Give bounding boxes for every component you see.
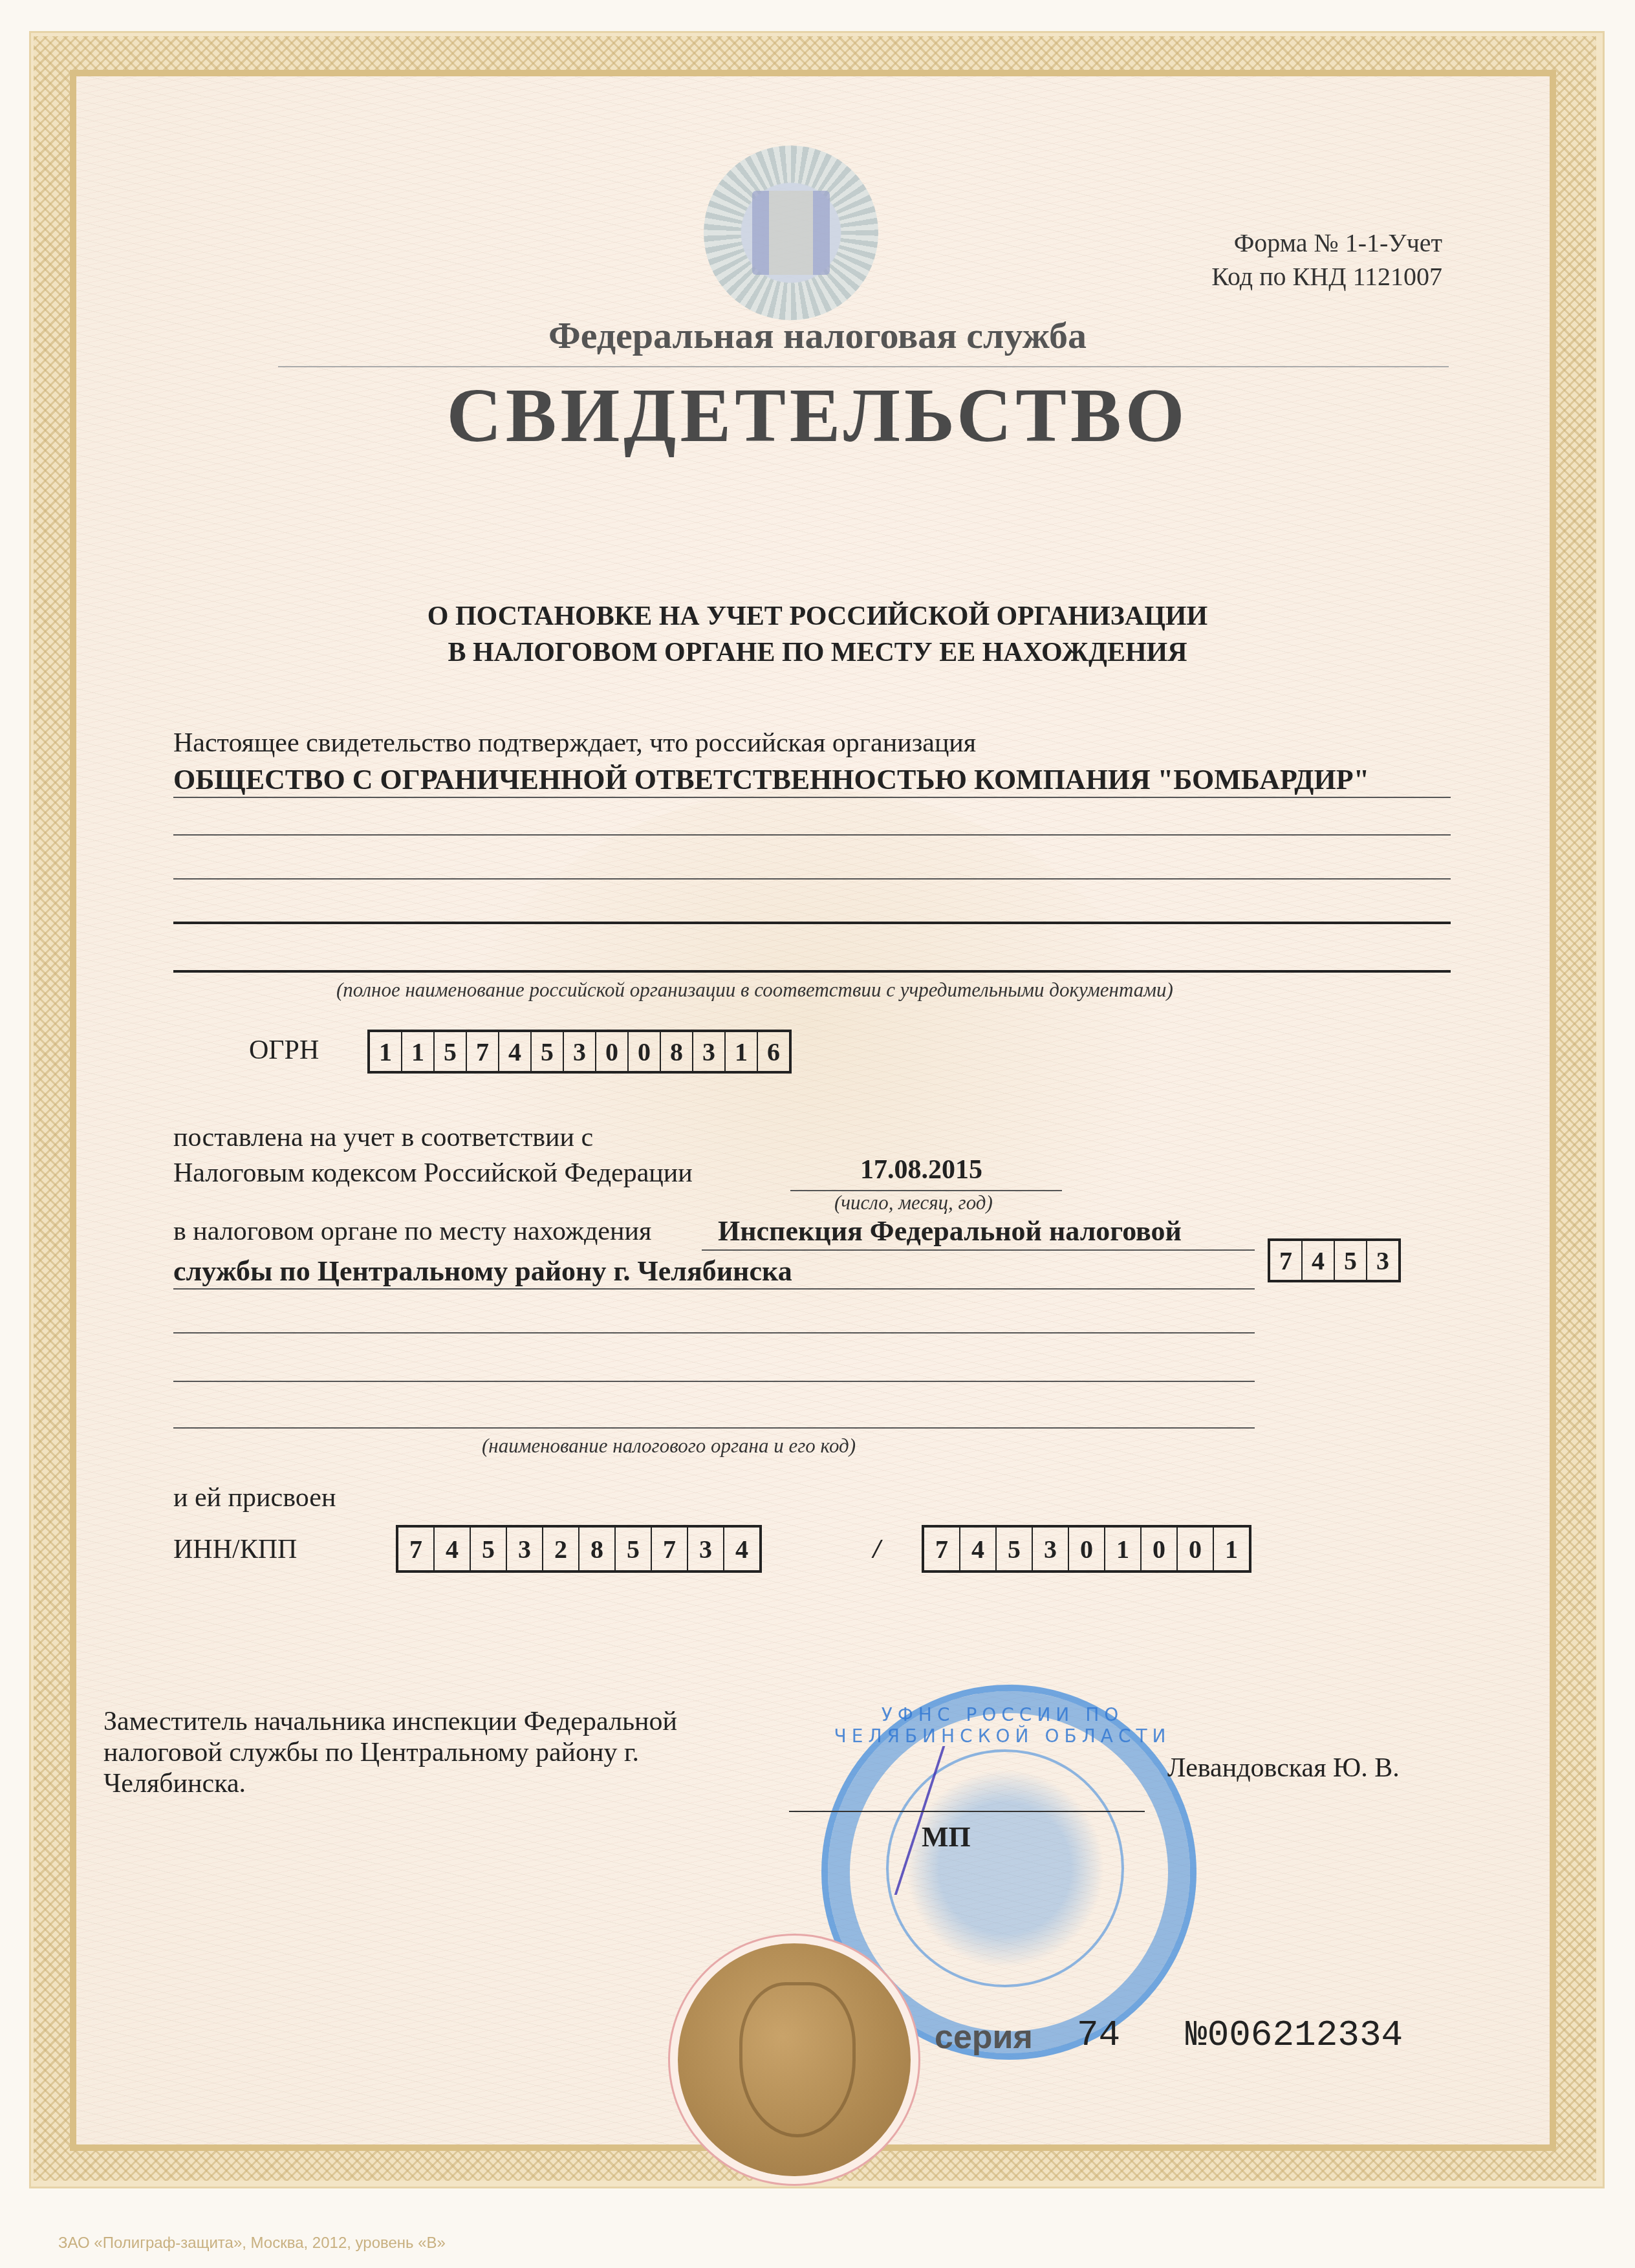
stamp-label: МП: [922, 1820, 971, 1853]
org-name-caption: (полное наименование российской организа…: [336, 978, 1173, 1002]
ogrn-digit: 3: [564, 1032, 596, 1071]
tax-code-digit: 4: [1303, 1241, 1335, 1280]
ogrn-digit: 8: [661, 1032, 693, 1071]
hologram-emblem-icon: [704, 146, 878, 320]
ogrn-digit: 0: [629, 1032, 661, 1071]
inn-digit: 2: [543, 1528, 579, 1570]
ogrn-digit: 5: [435, 1032, 467, 1071]
kpp-digit: 3: [1033, 1528, 1069, 1570]
ogrn-digit: 3: [693, 1032, 726, 1071]
tax-authority-code-boxes: 7453: [1268, 1238, 1401, 1282]
inn-digit: 3: [688, 1528, 724, 1570]
form-number: Форма № 1-1-Учет: [1184, 226, 1442, 260]
tax-authority-caption: (наименование налогового органа и его ко…: [482, 1434, 856, 1458]
kpp-digit: 0: [1178, 1528, 1214, 1570]
signatory-name: Левандовская Ю. В.: [1167, 1753, 1400, 1784]
organization-name: ОБЩЕСТВО С ОГРАНИЧЕННОЙ ОТВЕТСТВЕННОСТЬЮ…: [173, 763, 1369, 796]
registration-line-1: поставлена на учет в соответствии с: [173, 1122, 593, 1153]
position-line-3: Челябинска.: [103, 1768, 677, 1799]
series-label: серия: [935, 2018, 1033, 2057]
org-name-line-2: [173, 834, 1451, 836]
agency-name: Федеральная налоговая служба: [0, 314, 1635, 357]
kpp-digit: 1: [1214, 1528, 1249, 1570]
certificate-number: №006212334: [1186, 2014, 1403, 2056]
tax-authority-line-5: [173, 1427, 1255, 1429]
assigned-text: и ей присвоен: [173, 1482, 336, 1513]
kpp-digit: 5: [997, 1528, 1033, 1570]
signature-line: [789, 1811, 1145, 1812]
tax-authority-underline-1: [702, 1249, 1255, 1251]
tax-authority-line-3: [173, 1332, 1255, 1334]
inn-digit: 7: [652, 1528, 688, 1570]
tax-code-digit: 5: [1335, 1241, 1367, 1280]
ogrn-boxes: 1157453008316: [367, 1030, 792, 1074]
inn-digit: 3: [507, 1528, 543, 1570]
tax-authority-line-4: [173, 1381, 1255, 1382]
agency-divider: [278, 366, 1449, 367]
knd-code: Код по КНД 1121007: [1184, 260, 1442, 294]
kpp-digit: 0: [1069, 1528, 1105, 1570]
ogrn-digit: 6: [758, 1032, 789, 1071]
tax-authority-name-line-2: службы по Центральному району г. Челябин…: [173, 1255, 792, 1288]
inn-kpp-label: ИНН/КПП: [173, 1534, 297, 1565]
intro-text: Настоящее свидетельство подтверждает, чт…: [173, 728, 976, 759]
seal-eagle-icon: [739, 1982, 856, 2137]
registration-line-2: Налоговым кодексом Российской Федерации: [173, 1158, 693, 1189]
inn-digit: 5: [616, 1528, 652, 1570]
org-name-underline: [173, 797, 1451, 798]
ogrn-digit: 4: [499, 1032, 532, 1071]
series-value: 74: [1077, 2014, 1120, 2056]
printer-note: ЗАО «Полиграф-защита», Москва, 2012, уро…: [58, 2234, 446, 2252]
tax-authority-underline-2: [173, 1288, 1255, 1290]
ogrn-digit: 0: [596, 1032, 629, 1071]
ogrn-digit: 1: [370, 1032, 402, 1071]
document-subtitle: О ПОСТАНОВКЕ НА УЧЕТ РОССИЙСКОЙ ОРГАНИЗА…: [0, 598, 1635, 671]
kpp-digit: 7: [924, 1528, 960, 1570]
org-name-line-3: [173, 878, 1451, 880]
subtitle-line-1: О ПОСТАНОВКЕ НА УЧЕТ РОССИЙСКОЙ ОРГАНИЗА…: [0, 598, 1635, 634]
form-info: Форма № 1-1-Учет Код по КНД 1121007: [1184, 226, 1442, 294]
inn-digit: 8: [579, 1528, 616, 1570]
inn-digit: 7: [398, 1528, 435, 1570]
inn-digit: 4: [724, 1528, 759, 1570]
stamp-text: УФНС РОССИИ ПО ЧЕЛЯБИНСКОЙ ОБЛАСТИ: [828, 1704, 1177, 1747]
ogrn-digit: 5: [532, 1032, 564, 1071]
series-number: 74 №006212334: [1077, 2014, 1403, 2056]
kpp-digit: 1: [1105, 1528, 1142, 1570]
ogrn-digit: 1: [402, 1032, 435, 1071]
gold-seal-icon: [678, 1943, 911, 2176]
org-name-line-4: [173, 922, 1451, 924]
signatory-position: Заместитель начальника инспекции Федерал…: [103, 1706, 677, 1799]
inn-kpp-separator: /: [873, 1534, 881, 1565]
tax-authority-name-line-1: Инспекция Федеральной налоговой: [718, 1215, 1182, 1247]
registration-date: 17.08.2015: [860, 1154, 982, 1185]
date-caption: (число, месяц, год): [834, 1191, 993, 1215]
kpp-digit: 4: [960, 1528, 997, 1570]
subtitle-line-2: В НАЛОГОВОМ ОРГАНЕ ПО МЕСТУ ЕЕ НАХОЖДЕНИ…: [0, 634, 1635, 671]
kpp-digit: 0: [1142, 1528, 1178, 1570]
inn-digit: 5: [471, 1528, 507, 1570]
position-line-1: Заместитель начальника инспекции Федерал…: [103, 1706, 677, 1737]
tax-code-digit: 7: [1270, 1241, 1303, 1280]
tax-authority-label: в налоговом органе по месту нахождения: [173, 1216, 651, 1247]
org-name-line-5: [173, 970, 1451, 973]
kpp-boxes: 745301001: [922, 1525, 1251, 1573]
ogrn-digit: 7: [467, 1032, 499, 1071]
tax-code-digit: 3: [1367, 1241, 1398, 1280]
ogrn-label: ОГРН: [249, 1035, 319, 1066]
document-title: СВИДЕТЕЛЬСТВО: [0, 372, 1635, 460]
inn-boxes: 7453285734: [396, 1525, 762, 1573]
ogrn-digit: 1: [726, 1032, 758, 1071]
inn-digit: 4: [435, 1528, 471, 1570]
position-line-2: налоговой службы по Центральному району …: [103, 1737, 677, 1768]
